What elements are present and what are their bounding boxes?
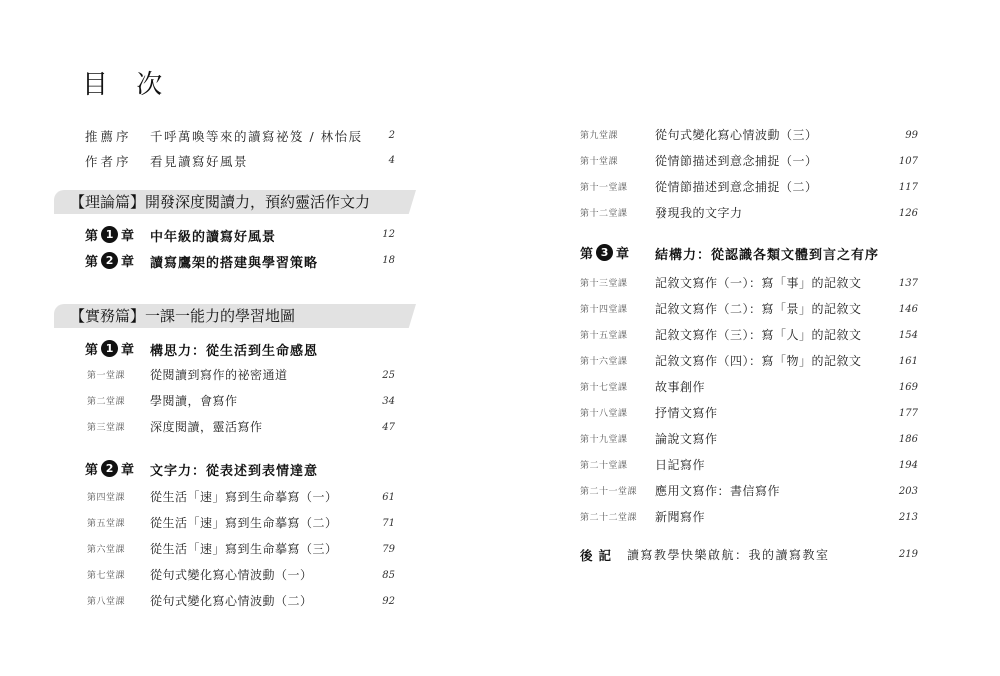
page-number: 219 [878, 549, 918, 560]
chapter-number-badge-icon: 2 [101, 252, 118, 269]
page-number: 213 [878, 512, 918, 523]
lesson-title[interactable]: 論說文寫作 [655, 430, 718, 447]
page-number: 18 [355, 255, 395, 266]
chapter-title[interactable]: 中年級的讀寫好風景 [150, 226, 276, 245]
lesson-title[interactable]: 記敘文寫作（三）：寫「人」的記敘文 [655, 326, 862, 343]
lesson-number: 第四堂課 [87, 490, 125, 503]
chapter-suffix: 章 [121, 459, 134, 478]
part-banner-theory: 【理論篇】開發深度閱讀力，預約靈活作文力 [54, 190, 416, 214]
lesson-number: 第十六堂課 [580, 354, 628, 367]
lesson-title[interactable]: 從句式變化寫心情波動（二） [150, 592, 313, 609]
lesson-title[interactable]: 從句式變化寫心情波動（一） [150, 566, 313, 583]
chapter-number-badge-icon: 1 [101, 340, 118, 357]
page-number: 137 [878, 278, 918, 289]
lesson-number: 第十堂課 [580, 154, 618, 167]
lesson-title[interactable]: 發現我的文字力 [655, 204, 743, 221]
lesson-number: 第五堂課 [87, 516, 125, 529]
part-banner-practice: 【實務篇】一課一能力的學習地圖 [54, 304, 416, 328]
page-title: 目 次 [82, 64, 172, 101]
lesson-number: 第二堂課 [87, 394, 125, 407]
page-number: 61 [355, 492, 395, 503]
lesson-number: 第二十一堂課 [580, 484, 637, 497]
preface-title[interactable]: 千呼萬喚等來的讀寫祕笈 / 林怡辰 [150, 127, 363, 145]
lesson-number: 第十五堂課 [580, 328, 628, 341]
chapter-prefix: 第 [580, 243, 593, 262]
page-number: 2 [355, 130, 395, 141]
page-number: 4 [355, 155, 395, 166]
chapter-label: 第 2 章 [85, 251, 134, 270]
page-number: 99 [878, 130, 918, 141]
page-number: 92 [355, 596, 395, 607]
lesson-number: 第二十二堂課 [580, 510, 637, 523]
page-number: 146 [878, 304, 918, 315]
lesson-number: 第十四堂課 [580, 302, 628, 315]
afterword-label: 後記 [580, 546, 617, 564]
lesson-number: 第七堂課 [87, 568, 125, 581]
lesson-title[interactable]: 從閱讀到寫作的祕密通道 [150, 366, 288, 383]
lesson-title[interactable]: 深度閱讀，靈活寫作 [150, 418, 263, 435]
lesson-title[interactable]: 故事創作 [655, 378, 705, 395]
chapter-suffix: 章 [616, 243, 629, 262]
page-number: 12 [355, 229, 395, 240]
lesson-number: 第十八堂課 [580, 406, 628, 419]
lesson-title[interactable]: 從生活「速」寫到生命摹寫（二） [150, 514, 338, 531]
chapter-label: 第 3 章 [580, 243, 629, 262]
lesson-title[interactable]: 新聞寫作 [655, 508, 705, 525]
chapter-title[interactable]: 文字力：從表述到表情達意 [150, 460, 318, 479]
lesson-title[interactable]: 從情節描述到意念捕捉（二） [655, 178, 818, 195]
lesson-title[interactable]: 記敘文寫作（四）：寫「物」的記敘文 [655, 352, 862, 369]
lesson-title[interactable]: 記敘文寫作（二）：寫「景」的記敘文 [655, 300, 862, 317]
lesson-title[interactable]: 應用文寫作：書信寫作 [655, 482, 780, 499]
lesson-number: 第十九堂課 [580, 432, 628, 445]
page-number: 126 [878, 208, 918, 219]
page-number: 169 [878, 382, 918, 393]
chapter-title[interactable]: 結構力：從認識各類文體到言之有序 [655, 244, 879, 263]
chapter-label: 第 1 章 [85, 225, 134, 244]
lesson-number: 第六堂課 [87, 542, 125, 555]
chapter-prefix: 第 [85, 251, 98, 270]
lesson-number: 第一堂課 [87, 368, 125, 381]
page-number: 47 [355, 422, 395, 433]
chapter-number-badge-icon: 1 [101, 226, 118, 243]
chapter-title[interactable]: 構思力：從生活到生命感恩 [150, 340, 318, 359]
chapter-number-badge-icon: 2 [101, 460, 118, 477]
lesson-number: 第八堂課 [87, 594, 125, 607]
preface-label: 作者序 [85, 152, 132, 170]
chapter-number-badge-icon: 3 [596, 244, 613, 261]
lesson-number: 第三堂課 [87, 420, 125, 433]
chapter-label: 第 2 章 [85, 459, 134, 478]
chapter-suffix: 章 [121, 225, 134, 244]
page-number: 177 [878, 408, 918, 419]
afterword-title[interactable]: 讀寫教學快樂啟航：我的讀寫教室 [627, 546, 830, 563]
lesson-number: 第二十堂課 [580, 458, 628, 471]
page-number: 194 [878, 460, 918, 471]
chapter-prefix: 第 [85, 225, 98, 244]
lesson-title[interactable]: 學閱讀，會寫作 [150, 392, 238, 409]
lesson-number: 第十七堂課 [580, 380, 628, 393]
lesson-number: 第九堂課 [580, 128, 618, 141]
chapter-prefix: 第 [85, 339, 98, 358]
lesson-number: 第十一堂課 [580, 180, 628, 193]
page-number: 25 [355, 370, 395, 381]
page-number: 154 [878, 330, 918, 341]
chapter-prefix: 第 [85, 459, 98, 478]
page-number: 117 [878, 182, 918, 193]
page-number: 107 [878, 156, 918, 167]
page-number: 161 [878, 356, 918, 367]
lesson-title[interactable]: 記敘文寫作（一）：寫「事」的記敘文 [655, 274, 862, 291]
page-number: 79 [355, 544, 395, 555]
lesson-number: 第十三堂課 [580, 276, 628, 289]
page-number: 34 [355, 396, 395, 407]
preface-title[interactable]: 看見讀寫好風景 [150, 152, 248, 170]
lesson-title[interactable]: 從句式變化寫心情波動（三） [655, 126, 818, 143]
chapter-title[interactable]: 讀寫鷹架的搭建與學習策略 [150, 252, 318, 271]
lesson-title[interactable]: 從生活「速」寫到生命摹寫（三） [150, 540, 338, 557]
preface-label: 推薦序 [85, 127, 132, 145]
chapter-suffix: 章 [121, 339, 134, 358]
lesson-title[interactable]: 日記寫作 [655, 456, 705, 473]
page-number: 203 [878, 486, 918, 497]
lesson-title[interactable]: 從生活「速」寫到生命摹寫（一） [150, 488, 338, 505]
page-number: 71 [355, 518, 395, 529]
chapter-label: 第 1 章 [85, 339, 134, 358]
lesson-number: 第十二堂課 [580, 206, 628, 219]
lesson-title[interactable]: 從情節描述到意念捕捉（一） [655, 152, 818, 169]
chapter-suffix: 章 [121, 251, 134, 270]
lesson-title[interactable]: 抒情文寫作 [655, 404, 718, 421]
page-number: 85 [355, 570, 395, 581]
page-number: 186 [878, 434, 918, 445]
